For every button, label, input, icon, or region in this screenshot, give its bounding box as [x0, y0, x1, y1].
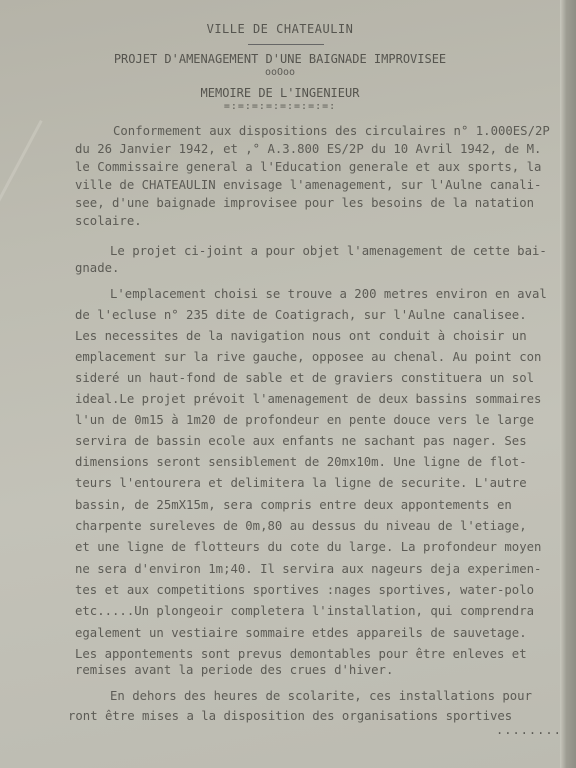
- heading-underline: [248, 44, 324, 45]
- text-line: ville de CHATEAULIN envisage l'amenageme…: [75, 179, 541, 191]
- text-line: ideal.Le projet prévoit l'amenagement de…: [75, 393, 541, 405]
- typewritten-document: VILLE DE CHATEAULIN PROJET D'AMENAGEMENT…: [0, 0, 560, 768]
- text-line: bassin, de 25mX15m, sera compris entre d…: [75, 499, 512, 511]
- text-line: ront être mises a la disposition des org…: [68, 710, 512, 722]
- text-line: de l'ecluse n° 235 dite de Coatigrach, s…: [75, 309, 527, 321]
- text-line: Les appontements sont prevus demontables…: [75, 648, 527, 660]
- text-line: L'emplacement choisi se trouve a 200 met…: [110, 288, 547, 300]
- project-title: PROJET D'AMENAGEMENT D'UNE BAIGNADE IMPR…: [0, 52, 560, 66]
- text-line: emplacement sur la rive gauche, opposee …: [75, 351, 541, 363]
- text-line: Le projet ci-joint a pour objet l'amenag…: [110, 245, 547, 257]
- memo-title: MEMOIRE DE L'INGENIEUR: [0, 86, 560, 100]
- text-line: gnade.: [75, 262, 119, 274]
- text-line: tes et aux competitions sportives :nages…: [75, 584, 534, 596]
- text-line: l'un de 0m15 à 1m20 de profondeur en pen…: [75, 414, 534, 426]
- page-edge: [560, 0, 576, 768]
- text-line: sideré un haut-fond de sable et de gravi…: [75, 372, 534, 384]
- text-line: egalement un vestiaire sommaire etdes ap…: [75, 627, 527, 639]
- city-heading: VILLE DE CHATEAULIN: [0, 22, 560, 36]
- continuation-mark: ........: [496, 723, 562, 737]
- text-line: Conformement aux dispositions des circul…: [113, 125, 550, 137]
- text-line: du 26 Janvier 1942, et ,° A.3.800 ES/2P …: [75, 143, 541, 155]
- text-line: le Commissaire general a l'Education gen…: [75, 161, 541, 173]
- text-line: scolaire.: [75, 215, 142, 227]
- text-line: et une ligne de flotteurs du cote du lar…: [75, 541, 541, 553]
- text-line: ne sera d'environ 1m;40. Il servira aux …: [75, 563, 541, 575]
- ornament-divider: ooOoo: [0, 67, 560, 78]
- text-line: remises avant la periode des crues d'hiv…: [75, 664, 393, 676]
- ornament-divider-2: =:=:=:=:=:=:=:=:: [0, 101, 560, 112]
- text-line: charpente sureleves de 0m,80 au dessus d…: [75, 520, 527, 532]
- text-line: see, d'une baignade improvisee pour les …: [75, 197, 534, 209]
- text-line: teurs l'entourera et delimitera la ligne…: [75, 477, 527, 489]
- text-line: En dehors des heures de scolarite, ces i…: [110, 690, 532, 702]
- text-line: dimensions seront sensiblement de 20mx10…: [75, 456, 527, 468]
- text-line: servira de bassin ecole aux enfants ne s…: [75, 435, 527, 447]
- text-line: etc.....Un plongeoir completera l'instal…: [75, 605, 534, 617]
- text-line: Les necessites de la navigation nous ont…: [75, 330, 527, 342]
